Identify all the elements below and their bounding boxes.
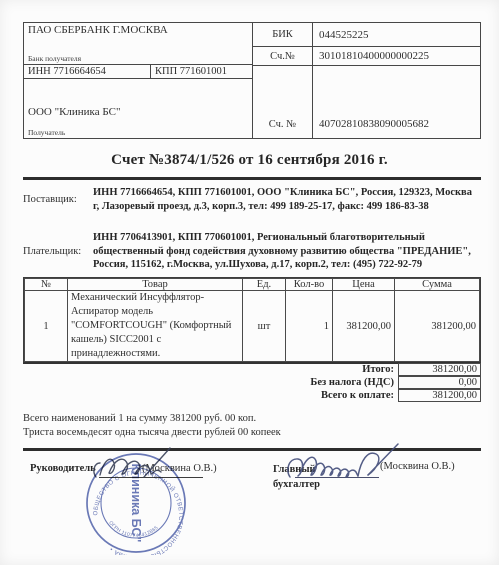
kpp-cell: КПП 771601001	[151, 65, 252, 78]
table-row: 1 Механический Инсуффлятор-Аспиратор мод…	[25, 291, 480, 362]
total-row-itogo: Итого: 381200,00	[23, 363, 481, 376]
item-product: Механический Инсуффлятор-Аспиратор модел…	[68, 291, 243, 362]
supplier-block: Поставщик: ИНН 7716664654, КПП 771601001…	[23, 186, 475, 213]
stamp-center-text: Клиника БС"	[129, 464, 143, 543]
item-price: 381200,00	[333, 291, 395, 362]
bank-requisites-table: ПАО СБЕРБАНК Г.МОСКВА Банк получателя ИН…	[23, 22, 481, 139]
total-label: Всего к оплате:	[23, 389, 394, 402]
supplier-details: ИНН 7716664654, КПП 771601001, ООО "Клин…	[93, 186, 475, 213]
total-row-vsego: Всего к оплате: 381200,00	[23, 389, 481, 402]
account-label: Сч. №	[253, 66, 312, 138]
invoice-title: Счет №3874/1/526 от 16 сентября 2016 г.	[0, 152, 499, 169]
bank-name-label: Банк получателя	[28, 54, 81, 63]
col-header-num: №	[25, 279, 68, 291]
item-sum: 381200,00	[395, 291, 480, 362]
bank-values-column: 044525225 30101810400000000225 407028108…	[313, 23, 480, 138]
item-unit: шт	[243, 291, 286, 362]
director-label: Руководитель	[30, 463, 96, 474]
payer-details: ИНН 7706413901, КПП 770601001, Региональ…	[93, 231, 475, 272]
total-label: Итого:	[23, 363, 394, 376]
total-row-nds: Без налога (НДС) 0,00	[23, 376, 481, 389]
col-header-qty: Кол-во	[286, 279, 333, 291]
col-header-product: Товар	[68, 279, 243, 291]
stamp-ring-text: ОБЩЕСТВО С ОГРАНИЧЕННОЙ ОТВЕТСТВЕННОСТЬЮ…	[92, 470, 184, 555]
account-value: 40702810838090005682	[313, 66, 480, 138]
summary-count-line: Всего наименований 1 на сумму 381200 руб…	[23, 412, 281, 426]
svg-text:ОГРН 1107746412865: ОГРН 1107746412865	[107, 520, 159, 539]
recipient-name: ООО "Клиника БС"	[28, 106, 120, 118]
director-name: (Москвина О.В.)	[142, 463, 217, 474]
col-header-price: Цена	[333, 279, 395, 291]
inn-cell: ИНН 7716664654	[24, 65, 151, 78]
summary-block: Всего наименований 1 на сумму 381200 руб…	[23, 412, 281, 439]
bank-labels-column: БИК Сч.№ Сч. №	[253, 23, 313, 138]
items-header-row: № Товар Ед. Кол-во Цена Сумма	[25, 279, 480, 291]
inn-kpp-row: ИНН 7716664654 КПП 771601001	[24, 65, 252, 79]
bik-value: 044525225	[313, 23, 480, 47]
svg-text:ОБЩЕСТВО С ОГРАНИЧЕННОЙ ОТВЕТС: ОБЩЕСТВО С ОГРАНИЧЕННОЙ ОТВЕТСТВЕННОСТЬЮ…	[92, 470, 184, 555]
total-value: 0,00	[398, 376, 481, 389]
corr-account-label: Сч.№	[253, 47, 312, 66]
total-label: Без налога (НДС)	[23, 376, 394, 389]
item-num: 1	[25, 291, 68, 362]
item-qty: 1	[286, 291, 333, 362]
bank-name-cell: ПАО СБЕРБАНК Г.МОСКВА Банк получателя	[24, 23, 252, 65]
col-header-unit: Ед.	[243, 279, 286, 291]
signature-rule	[23, 448, 481, 451]
payer-block: Плательщик: ИНН 7706413901, КПП 77060100…	[23, 231, 475, 272]
recipient-label: Получатель	[28, 128, 65, 137]
bik-label: БИК	[253, 23, 312, 47]
total-value: 381200,00	[398, 363, 481, 376]
accountant-signature-line	[295, 477, 379, 478]
accountant-name: (Москвина О.В.)	[380, 461, 455, 472]
payer-label: Плательщик:	[23, 246, 93, 257]
summary-words-line: Триста восемьдесят одна тысяча двести ру…	[23, 426, 281, 440]
title-rule	[23, 177, 481, 180]
recipient-cell: ООО "Клиника БС" Получатель	[24, 79, 252, 138]
director-signature-line	[99, 477, 203, 478]
bank-left-section: ПАО СБЕРБАНК Г.МОСКВА Банк получателя ИН…	[24, 23, 253, 138]
corr-account-value: 30101810400000000225	[313, 47, 480, 66]
bank-name: ПАО СБЕРБАНК Г.МОСКВА	[28, 24, 252, 36]
stamp-ogrn-text: ОГРН 1107746412865	[107, 520, 159, 539]
invoice-scan-page: ПАО СБЕРБАНК Г.МОСКВА Банк получателя ИН…	[0, 0, 499, 565]
items-table: № Товар Ед. Кол-во Цена Сумма 1 Механиче…	[23, 277, 481, 364]
total-value: 381200,00	[398, 389, 481, 402]
supplier-label: Поставщик:	[23, 194, 93, 205]
col-header-sum: Сумма	[395, 279, 480, 291]
